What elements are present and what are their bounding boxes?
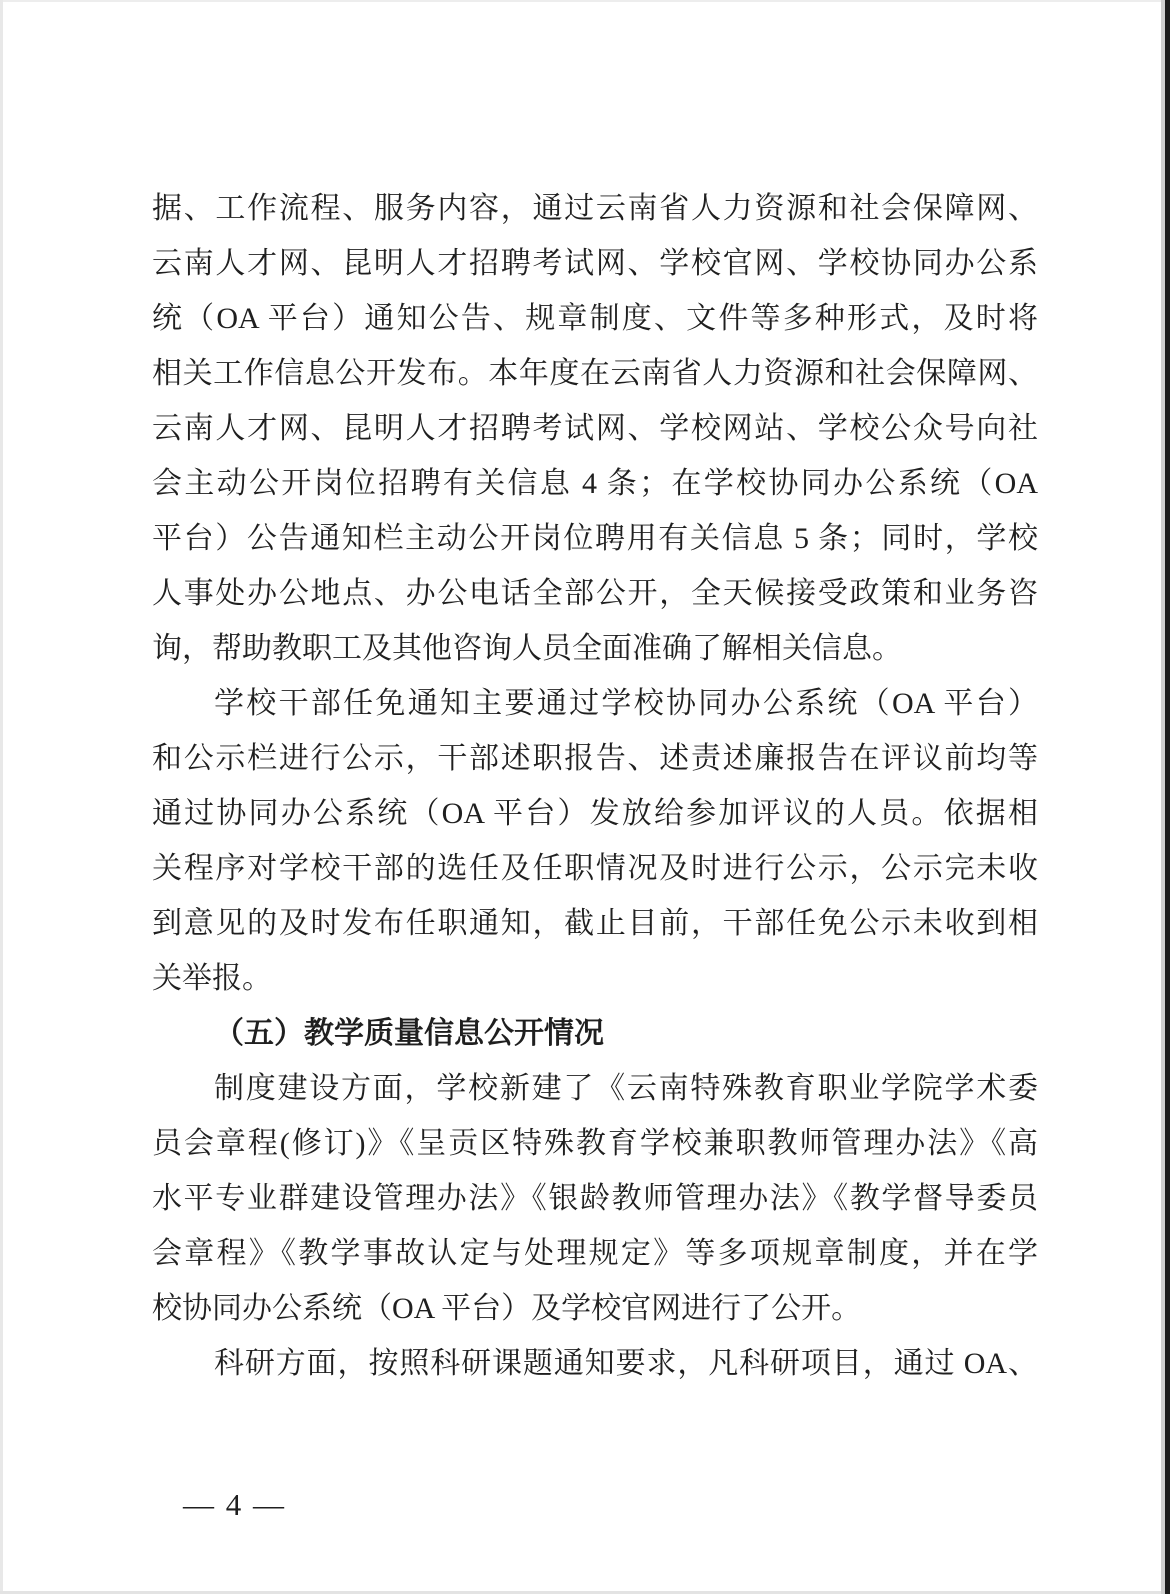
text-line: 校协同办公系统（OA 平台）及学校官网进行了公开。 — [152, 1281, 1038, 1336]
page-edge-top — [0, 0, 1170, 2]
text-line: 云南人才网、昆明人才招聘考试网、学校官网、学校协同办公系 — [152, 236, 1038, 291]
text-line: 学校干部任免通知主要通过学校协同办公系统（OA 平台） — [152, 676, 1038, 731]
text-line: 统（OA 平台）通知公告、规章制度、文件等多种形式，及时将 — [152, 291, 1038, 346]
text-line: 云南人才网、昆明人才招聘考试网、学校网站、学校公众号向社 — [152, 401, 1038, 456]
text-line: 会主动公开岗位招聘有关信息 4 条；在学校协同办公系统（OA — [152, 456, 1038, 511]
text-line: 关举报。 — [152, 951, 1038, 1006]
text-line: 平台）公告通知栏主动公开岗位聘用有关信息 5 条；同时，学校 — [152, 511, 1038, 566]
text-line: 关程序对学校干部的选任及任职情况及时进行公示，公示完未收 — [152, 841, 1038, 896]
text-line: 到意见的及时发布任职通知，截止目前，干部任免公示未收到相 — [152, 896, 1038, 951]
text-line: 水平专业群建设管理办法》《银龄教师管理办法》《教学督导委员 — [152, 1171, 1038, 1226]
text-line: 人事处办公地点、办公电话全部公开，全天候接受政策和业务咨 — [152, 566, 1038, 621]
document-page: 据、工作流程、服务内容，通过云南省人力资源和社会保障网、云南人才网、昆明人才招聘… — [0, 0, 1170, 1594]
text-line: 科研方面，按照科研课题通知要求，凡科研项目，通过 OA、 — [152, 1336, 1038, 1391]
text-line: 和公示栏进行公示，干部述职报告、述责述廉报告在评议前均等 — [152, 731, 1038, 786]
page-edge-right — [1165, 0, 1170, 1594]
text-line: 询，帮助教职工及其他咨询人员全面准确了解相关信息。 — [152, 621, 1038, 676]
page-number: — 4 — — [183, 1487, 286, 1523]
text-block: 据、工作流程、服务内容，通过云南省人力资源和社会保障网、云南人才网、昆明人才招聘… — [152, 181, 1038, 1391]
text-line: 相关工作信息公开发布。本年度在云南省人力资源和社会保障网、 — [152, 346, 1038, 401]
section-heading: （五）教学质量信息公开情况 — [152, 1006, 1038, 1061]
text-line: 员会章程(修订)》《呈贡区特殊教育学校兼职教师管理办法》《高 — [152, 1116, 1038, 1171]
page-edge-left — [0, 0, 3, 1594]
text-line: 通过协同办公系统（OA 平台）发放给参加评议的人员。依据相 — [152, 786, 1038, 841]
text-line: 会章程》《教学事故认定与处理规定》等多项规章制度，并在学 — [152, 1226, 1038, 1281]
text-line: 据、工作流程、服务内容，通过云南省人力资源和社会保障网、 — [152, 181, 1038, 236]
text-line: 制度建设方面，学校新建了《云南特殊教育职业学院学术委 — [152, 1061, 1038, 1116]
